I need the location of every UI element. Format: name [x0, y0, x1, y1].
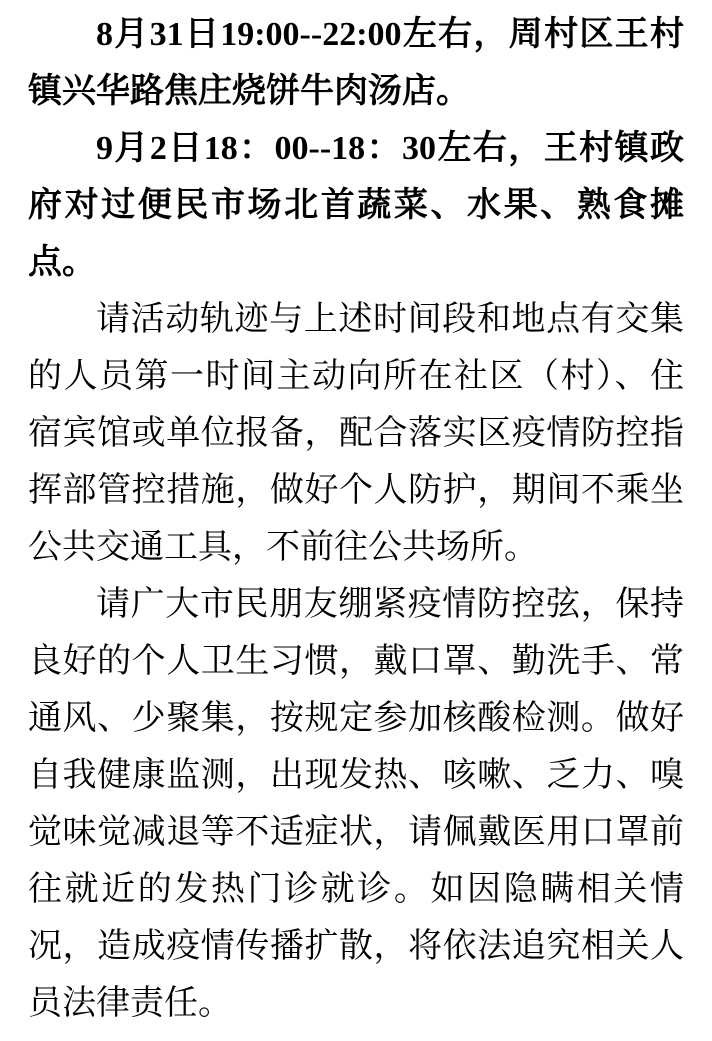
text-line: 觉味觉减退等不适症状，请佩戴医用口罩前 — [28, 804, 684, 861]
text-line: 镇兴华路焦庄烧饼牛肉汤店。 — [28, 63, 684, 120]
text-line: 挥部管控措施，做好个人防护，期间不乘坐 — [28, 462, 684, 519]
paragraph-location-1: 8月31日19:00--22:00左右，周村区王村 镇兴华路焦庄烧饼牛肉汤店。 — [28, 6, 684, 120]
text-line: 请广大市民朋友绷紧疫情防控弦，保持 — [28, 576, 684, 633]
text-line: 宿宾馆或单位报备，配合落实区疫情防控指 — [28, 405, 684, 462]
text-line: 点。 — [28, 234, 684, 291]
text-line: 请活动轨迹与上述时间段和地点有交集 — [28, 291, 684, 348]
text-line: 自我健康监测，出现发热、咳嗽、乏力、嗅 — [28, 747, 684, 804]
text-line: 公共交通工具，不前往公共场所。 — [28, 519, 684, 576]
paragraph-location-2: 9月2日18：00--18：30左右，王村镇政 府对过便民市场北首蔬菜、水果、熟… — [28, 120, 684, 291]
text-line: 府对过便民市场北首蔬菜、水果、熟食摊 — [28, 177, 684, 234]
text-line: 9月2日18：00--18：30左右，王村镇政 — [28, 120, 684, 177]
text-line: 良好的个人卫生习惯，戴口罩、勤洗手、常 — [28, 633, 684, 690]
paragraph-report-instructions: 请活动轨迹与上述时间段和地点有交集 的人员第一时间主动向所在社区（村）、住 宿宾… — [28, 291, 684, 576]
notice-page: 8月31日19:00--22:00左右，周村区王村 镇兴华路焦庄烧饼牛肉汤店。 … — [0, 0, 712, 1041]
text-line: 员法律责任。 — [28, 975, 684, 1032]
text-line: 通风、少聚集，按规定参加核酸检测。做好 — [28, 690, 684, 747]
text-line: 往就近的发热门诊就诊。如因隐瞒相关情 — [28, 861, 684, 918]
text-line: 的人员第一时间主动向所在社区（村）、住 — [28, 348, 684, 405]
text-line: 8月31日19:00--22:00左右，周村区王村 — [28, 6, 684, 63]
text-line: 况，造成疫情传播扩散，将依法追究相关人 — [28, 918, 684, 975]
paragraph-public-advice: 请广大市民朋友绷紧疫情防控弦，保持 良好的个人卫生习惯，戴口罩、勤洗手、常 通风… — [28, 576, 684, 1032]
